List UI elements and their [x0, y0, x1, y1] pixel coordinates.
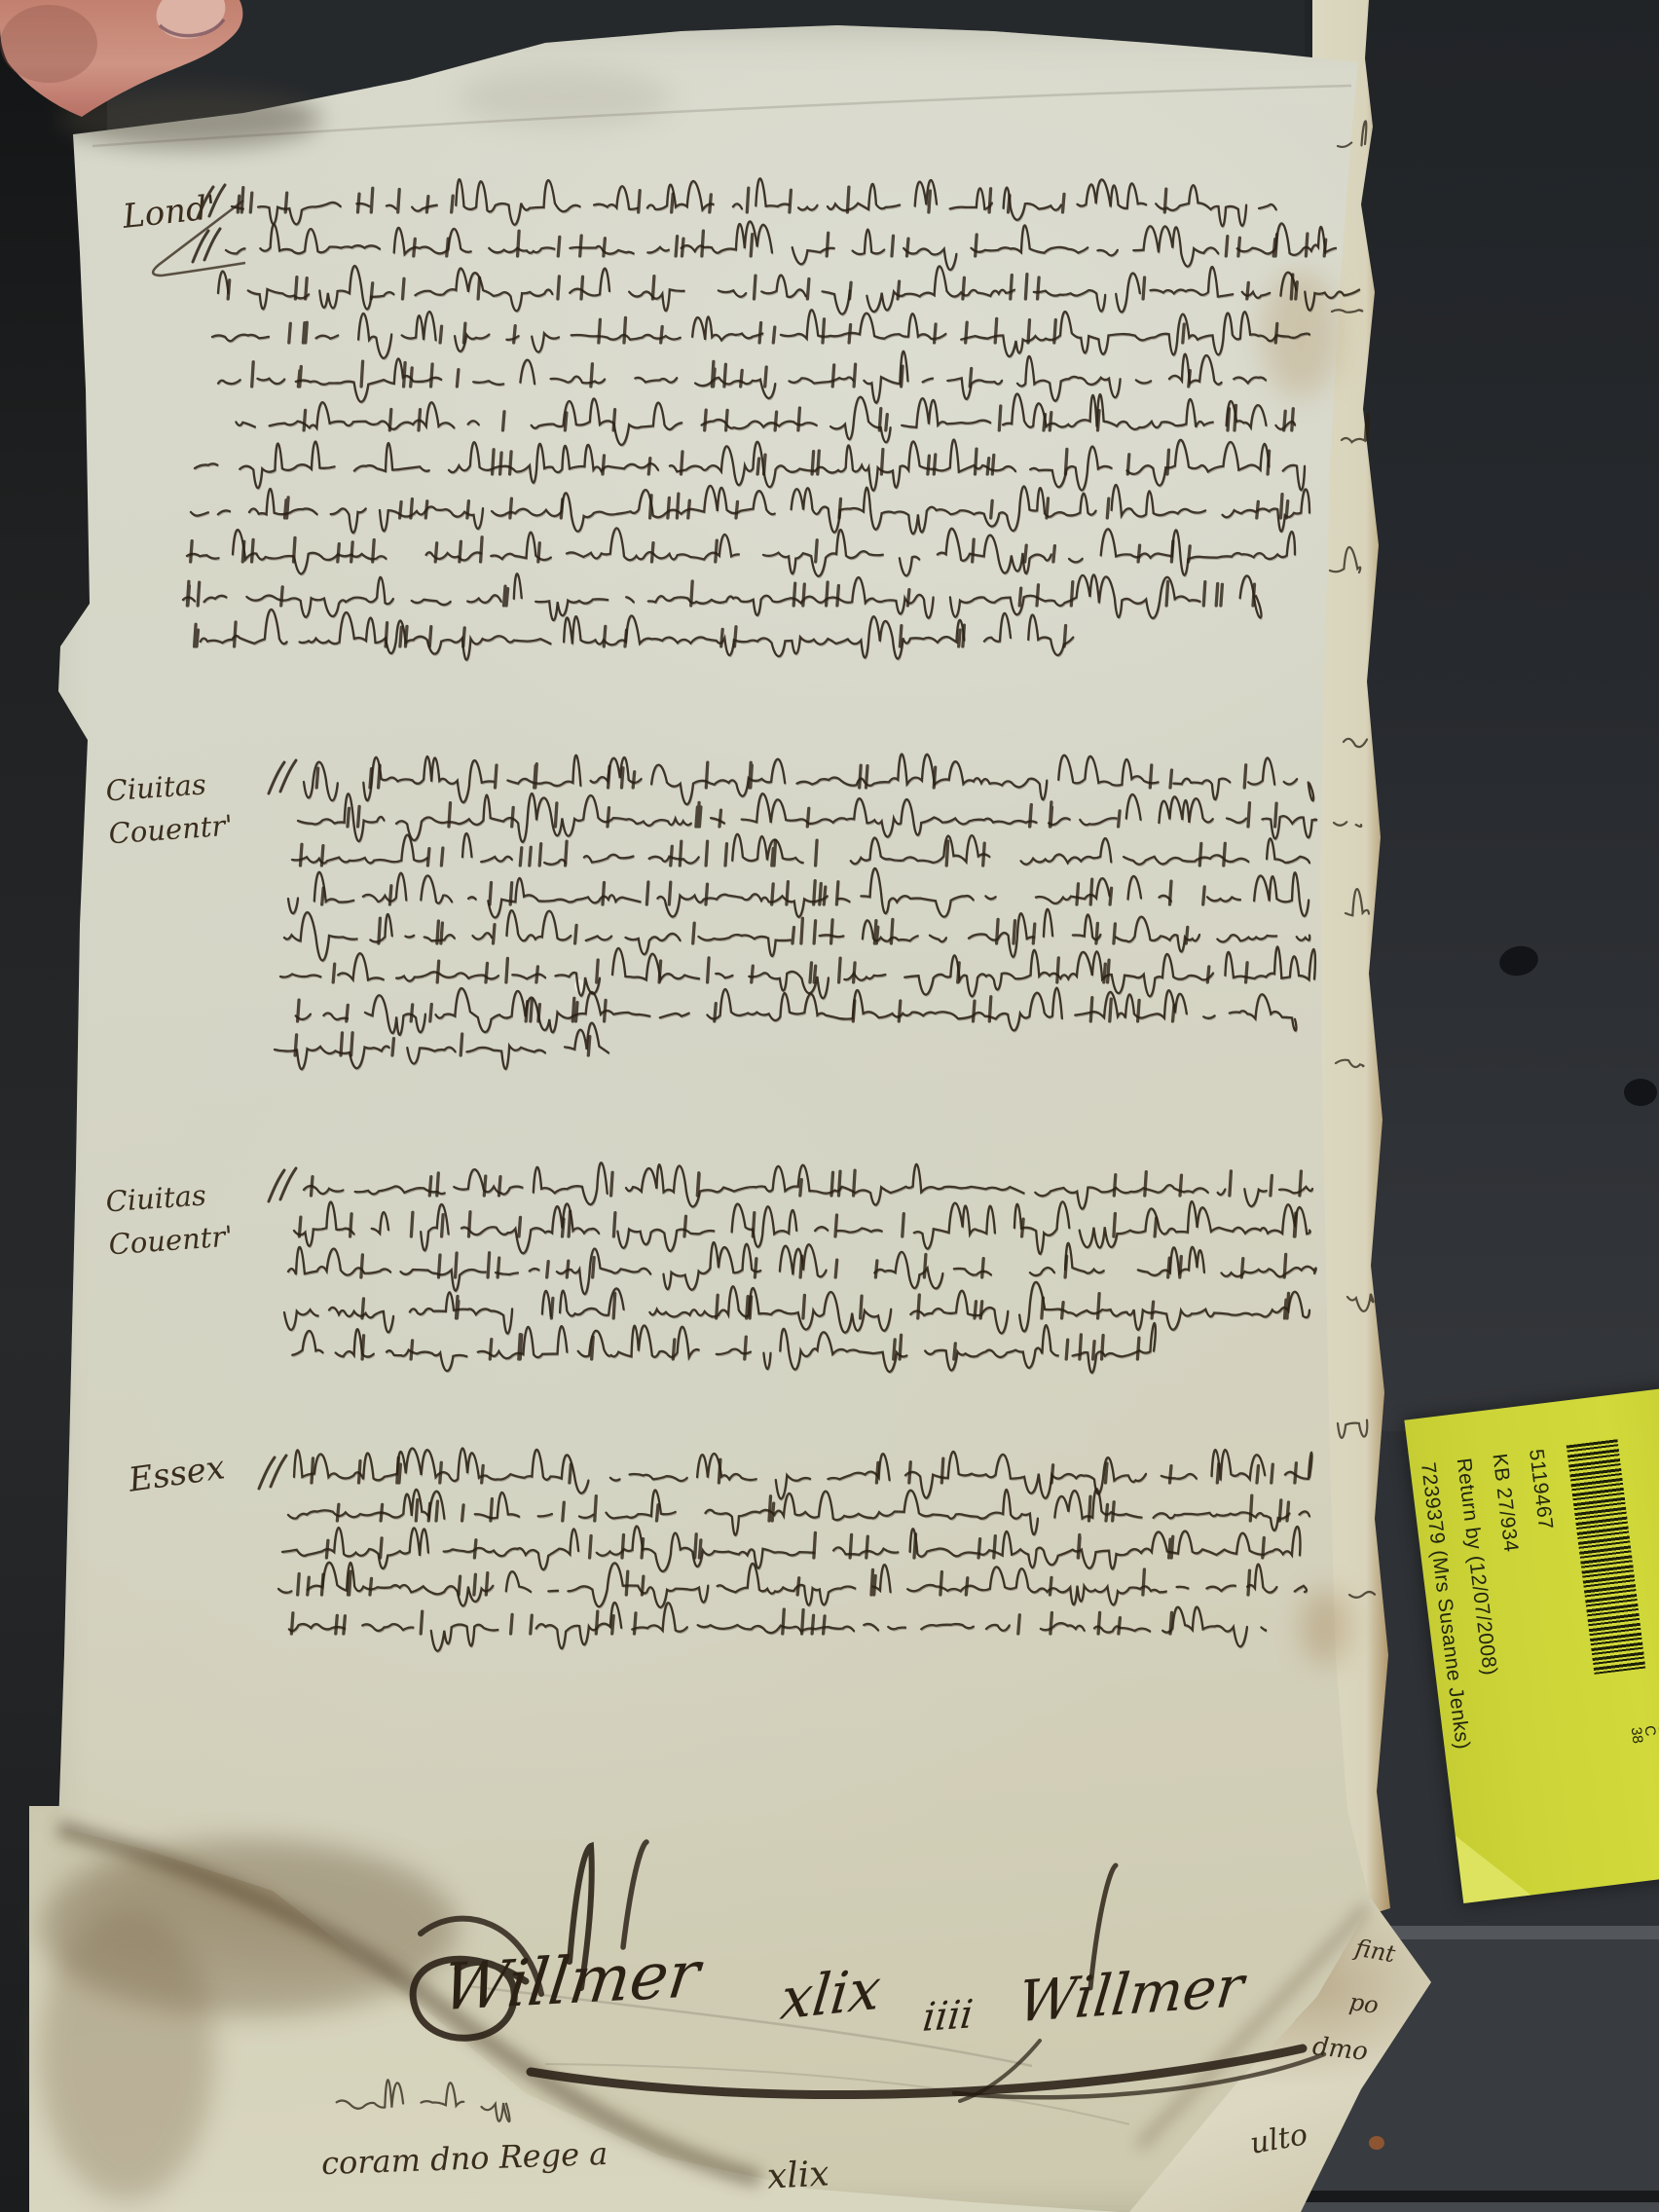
margin-heading-coventry-1: Ciuitas Couentr': [104, 761, 234, 856]
shelf-marks: 6 C 38: [1629, 1723, 1659, 1745]
rust-spot: [1369, 2136, 1384, 2150]
stain: [39, 1908, 214, 2200]
box-edge-seam: [1363, 1926, 1659, 1939]
label-document-reference: KB 27/934: [1487, 1453, 1522, 1554]
under-membrane-numeral: xlix: [766, 2154, 830, 2196]
roll-signature-minims: iiii: [921, 1992, 976, 2041]
barcode: [1567, 1439, 1645, 1675]
roll-numeral: xlix: [778, 1955, 884, 2033]
label-accession-number: 5119467: [1524, 1448, 1557, 1530]
box-hole: [1624, 1079, 1657, 1106]
label-folded-corner: [1456, 1827, 1531, 1903]
roll-signature-left: Willmer: [438, 1936, 703, 2025]
smudge: [458, 68, 672, 127]
parchment-hole: [574, 979, 585, 992]
photo-of-plea-roll: Lond' Ciuitas Couentr' Ciuitas Couentr' …: [0, 0, 1659, 2212]
margin-heading-coventry-2: Ciuitas Couentr': [104, 1172, 234, 1267]
finger-shadow: [58, 90, 321, 148]
stain: [1262, 271, 1340, 397]
under-membrane-fragment: dmo: [1311, 2032, 1370, 2067]
under-membrane-fragment: po: [1347, 1988, 1380, 2019]
stain: [1301, 1589, 1349, 1665]
